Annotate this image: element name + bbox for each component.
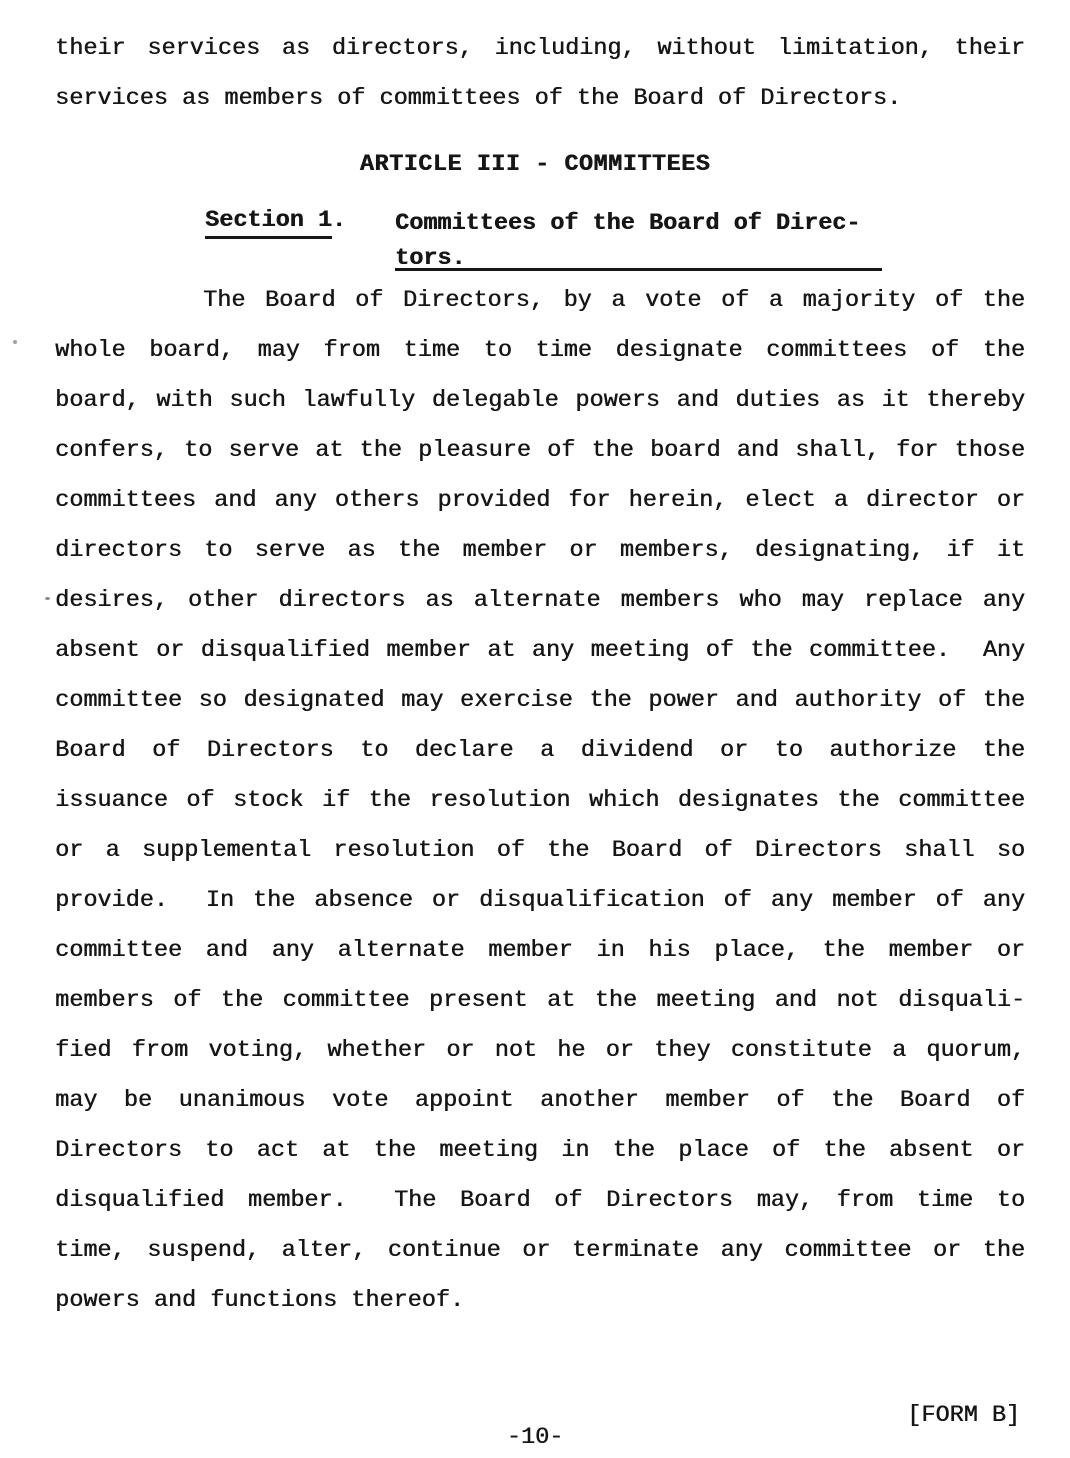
body-paragraph: The Board of Directors, by a vote of a m… <box>55 276 1025 1326</box>
text-line: disqualified member. The Board of Direct… <box>55 1176 1025 1226</box>
text-line: services as members of committees of the… <box>55 74 1025 124</box>
page-number: -10- <box>0 1424 1070 1452</box>
text-line: committee so designated may exercise the… <box>55 676 1025 726</box>
text-line: may be unanimous vote appoint another me… <box>55 1076 1025 1126</box>
article-heading: ARTICLE III - COMMITTEES <box>0 150 1070 180</box>
text-line: members of the committee present at the … <box>55 976 1025 1026</box>
intro-paragraph: their services as directors, including, … <box>55 24 1025 124</box>
text-line: issuance of stock if the resolution whic… <box>55 776 1025 826</box>
text-line: provide. In the absence or disqualificat… <box>55 876 1025 926</box>
section-label-text: Section 1 <box>205 207 332 239</box>
text-line: confers, to serve at the pleasure of the… <box>55 426 1025 476</box>
text-line: desires, other directors as alternate me… <box>55 576 1025 626</box>
text-line: whole board, may from time to time desig… <box>55 326 1025 376</box>
section-title-underline <box>395 268 882 271</box>
text-line: committees and any others provided for h… <box>55 476 1025 526</box>
section-title-line-1: Committees of the Board of Direc- <box>395 206 882 241</box>
text-line: Board of Directors to declare a dividend… <box>55 726 1025 776</box>
section-label: Section 1. <box>205 206 346 236</box>
scan-speck <box>13 340 17 344</box>
text-line: directors to serve as the member or memb… <box>55 526 1025 576</box>
text-line: absent or disqualified member at any mee… <box>55 626 1025 676</box>
text-line: powers and functions thereof. <box>55 1276 1025 1326</box>
section-label-period: . <box>332 207 346 234</box>
text-line: board, with such lawfully delegable powe… <box>55 376 1025 426</box>
text-line: committee and any alternate member in hi… <box>55 926 1025 976</box>
scan-speck <box>45 597 50 600</box>
text-line: time, suspend, alter, continue or termin… <box>55 1226 1025 1276</box>
text-line: Directors to act at the meeting in the p… <box>55 1126 1025 1176</box>
section-title: Committees of the Board of Direc- tors. <box>395 206 882 276</box>
text-line: The Board of Directors, by a vote of a m… <box>55 276 1025 326</box>
text-line: their services as directors, including, … <box>55 24 1025 74</box>
text-line: or a supplemental resolution of the Boar… <box>55 826 1025 876</box>
document-page: their services as directors, including, … <box>0 0 1070 1458</box>
text-line: fied from voting, whether or not he or t… <box>55 1026 1025 1076</box>
